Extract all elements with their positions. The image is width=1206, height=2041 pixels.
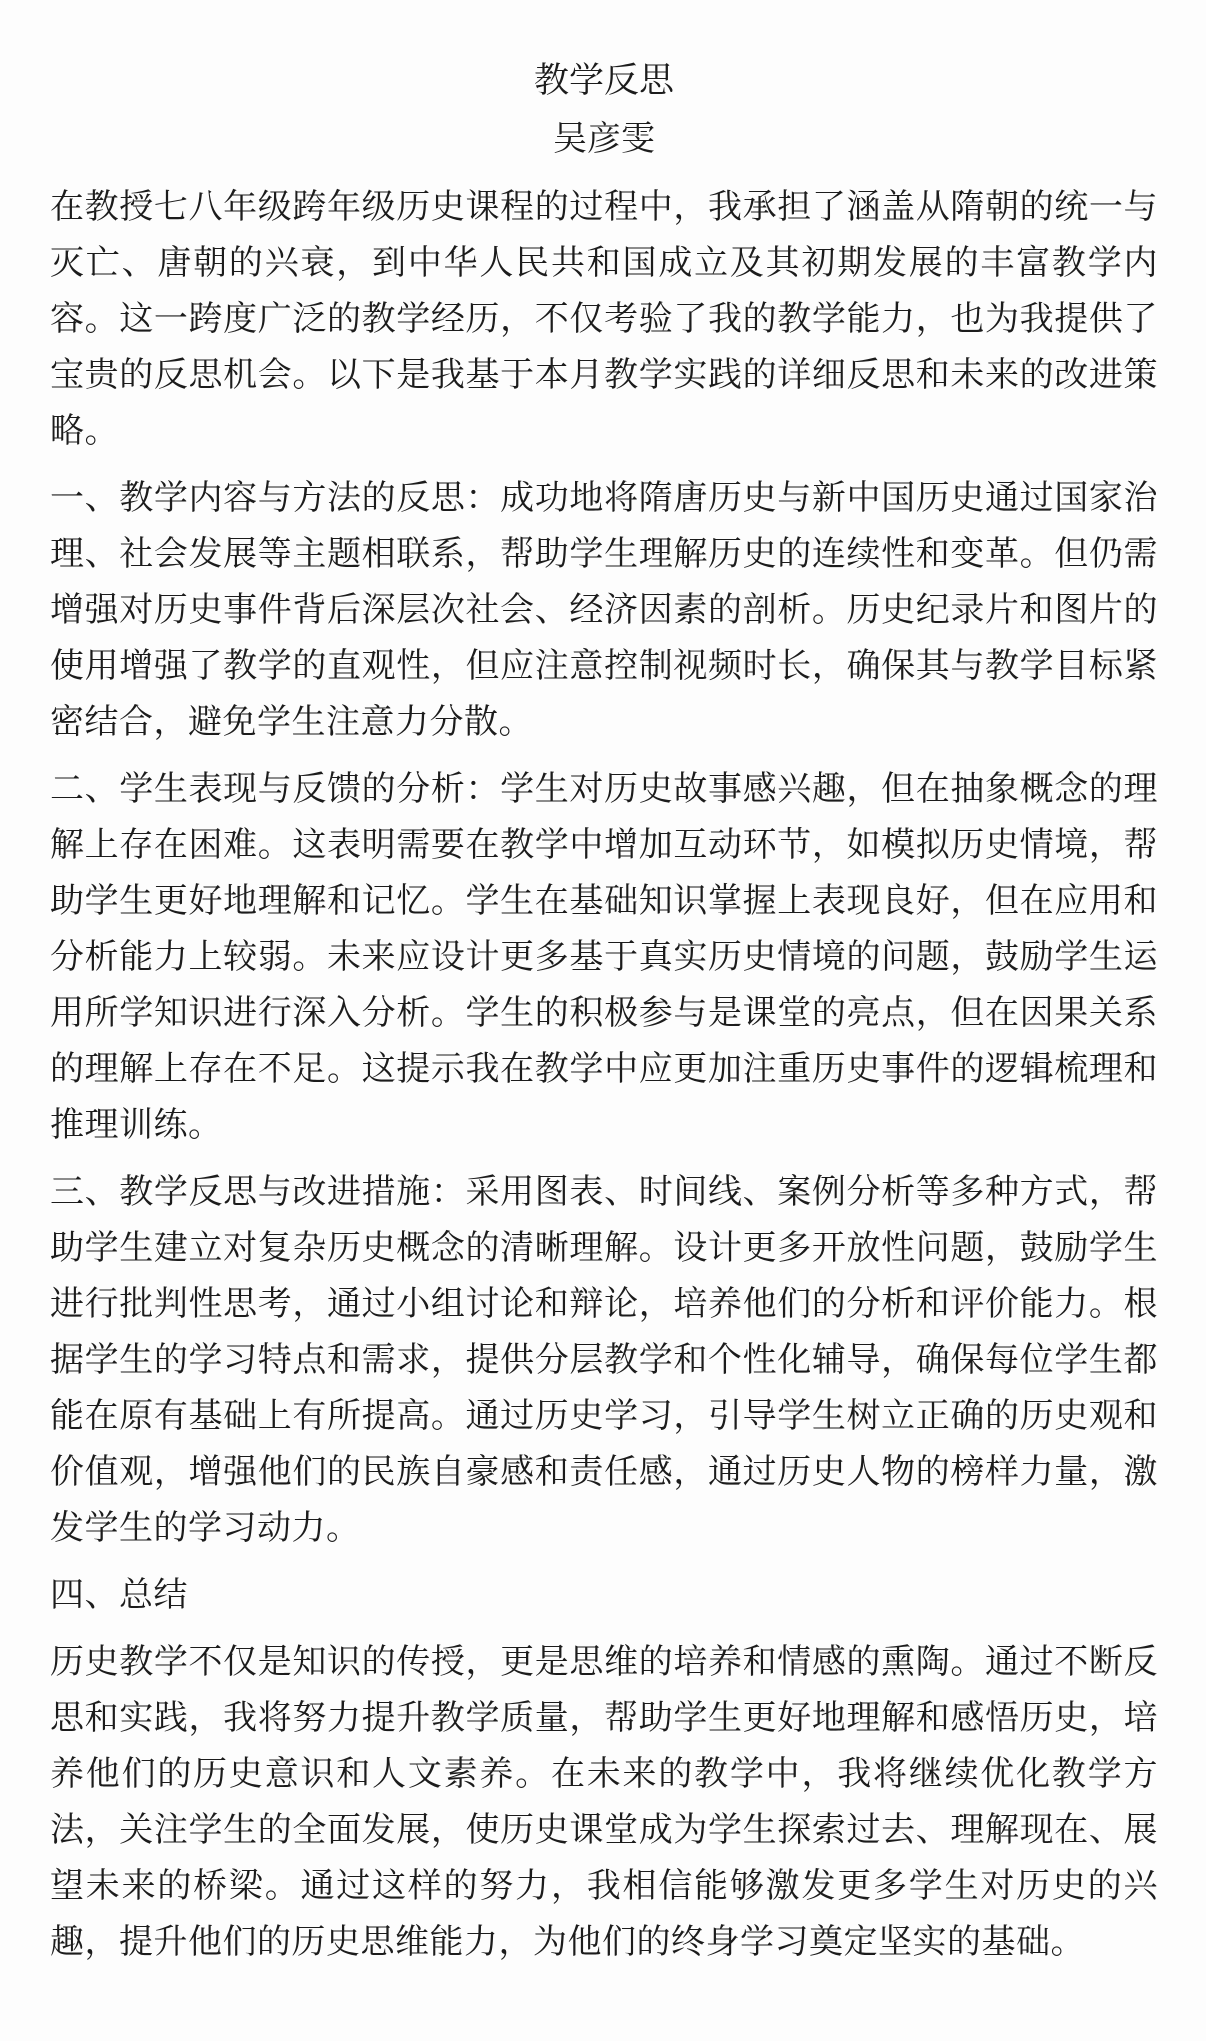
paragraph-section-2-student-performance: 二、学生表现与反馈的分析：学生对历史故事感兴趣，但在抽象概念的理解上存在困难。这… — [50, 761, 1158, 1153]
document-page: 教学反思 吴彦雯 在教授七八年级跨年级历史课程的过程中，我承担了涵盖从隋朝的统一… — [0, 0, 1206, 2041]
paragraph-section-3-improvement-measures: 三、教学反思与改进措施：采用图表、时间线、案例分析等多种方式，帮助学生建立对复杂… — [50, 1164, 1158, 1556]
document-author: 吴彦雯 — [50, 110, 1158, 168]
paragraph-intro: 在教授七八年级跨年级历史课程的过程中，我承担了涵盖从隋朝的统一与灭亡、唐朝的兴衰… — [50, 179, 1158, 459]
paragraph-section-4-summary-heading: 四、总结 — [50, 1567, 1158, 1623]
paragraph-section-1-teaching-content: 一、教学内容与方法的反思：成功地将隋唐历史与新中国历史通过国家治理、社会发展等主… — [50, 470, 1158, 750]
document-title: 教学反思 — [50, 52, 1158, 110]
paragraph-conclusion: 历史教学不仅是知识的传授，更是思维的培养和情感的熏陶。通过不断反思和实践，我将努… — [50, 1634, 1158, 1970]
